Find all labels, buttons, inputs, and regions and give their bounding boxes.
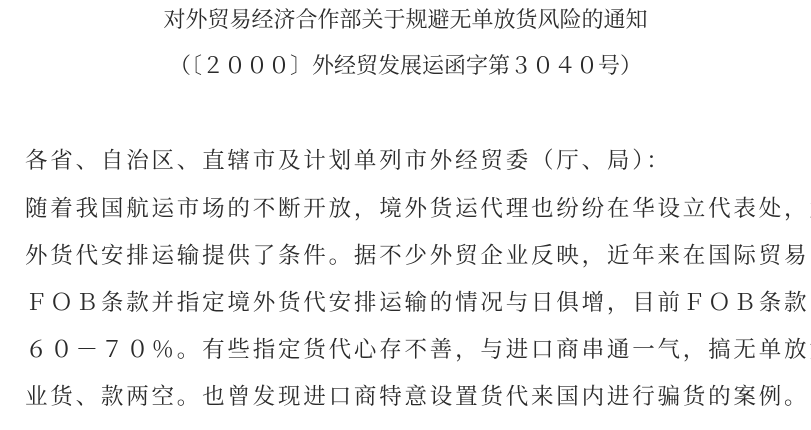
document-reference-number: （〔２０００〕外经贸发展运函字第３０４０号） [0,52,811,82]
document-title: 对外贸易经济合作部关于规避无单放货风险的通知 [0,6,811,36]
body-line: ＦＯＢ条款并指定境外货代安排运输的情况与日俱增，目前ＦＯＢ条款的贸易合同已达 [25,288,795,318]
body-line: 业货、款两空。也曾发现进口商特意设置货代来国内进行骗货的案例。 [25,382,795,412]
salutation: 各省、自治区、直辖市及计划单列市外经贸委（厅、局）： [25,146,795,176]
body-line: 随着我国航运市场的不断开放，境外货运代理也纷纷在华设立代表处，为贸易商指定境 [25,194,795,224]
body-line: ６０－７０％。有些指定货代心存不善，与进口商串通一气，搞无单放货，使我出口企 [25,335,795,365]
body-line: 外货代安排运输提供了条件。据不少外贸企业反映，近年来在国际贸易中，进口商使用 [25,241,795,271]
